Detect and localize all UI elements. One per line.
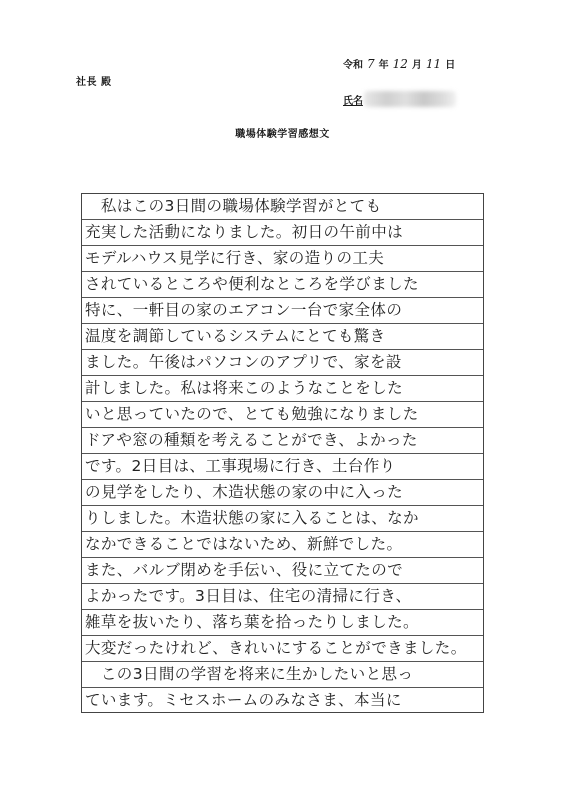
essay-line: また、バルブ閉めを手伝い、役に立てたので [82, 558, 483, 584]
essay-line: の見学をしたり、木造状態の家の中に入った [82, 480, 483, 506]
addressee: 社長 殿 [76, 73, 111, 88]
essay-box: 私はこの3日間の職場体験学習がとても 充実した活動になりました。初日の午前中は … [81, 193, 484, 713]
name-redacted [364, 91, 456, 107]
date-month: 12 [393, 57, 408, 71]
essay-line: いと思っていたので、とても勉強になりました [82, 402, 483, 428]
name-label: 氏名 [343, 92, 363, 107]
date-day-unit: 日 [445, 56, 455, 71]
essay-line: されているところや便利なところを学びました [82, 272, 483, 298]
essay-line: 私はこの3日間の職場体験学習がとても [82, 194, 483, 220]
essay-line: 充実した活動になりました。初日の午前中は [82, 220, 483, 246]
date-day: 11 [426, 57, 441, 71]
document-title: 職場体験学習感想文 [0, 125, 565, 140]
essay-line: ドアや窓の種類を考えることができ、よかった [82, 428, 483, 454]
date-year: 7 [367, 57, 375, 71]
essay-line: ました。午後はパソコンのアプリで、家を設 [82, 350, 483, 376]
essay-line: 温度を調節しているシステムにとても驚き [82, 324, 483, 350]
essay-line: この3日間の学習を将来に生かしたいと思っ [82, 662, 483, 688]
essay-line: 大変だったけれど、きれいにすることができました。 [82, 636, 483, 662]
essay-line: モデルハウス見学に行き、家の造りの工夫 [82, 246, 483, 272]
date-year-unit: 年 [379, 56, 389, 71]
date-line: 令和 7 年 12 月 11 日 [343, 56, 455, 71]
essay-line: なかできることではないため、新鮮でした。 [82, 532, 483, 558]
essay-line: よかったです。3日目は、住宅の清掃に行き、 [82, 584, 483, 610]
date-era: 令和 [343, 56, 363, 71]
essay-line: 特に、一軒目の家のエアコン一台で家全体の [82, 298, 483, 324]
essay-line: 計しました。私は将来このようなことをした [82, 376, 483, 402]
name-line: 氏名 [343, 91, 456, 107]
essay-line: りしました。木造状態の家に入ることは、なか [82, 506, 483, 532]
document-page: 社長 殿 令和 7 年 12 月 11 日 氏名 職場体験学習感想文 私はこの3… [0, 0, 565, 800]
date-month-unit: 月 [412, 56, 422, 71]
essay-line: です。2日目は、工事現場に行き、土台作り [82, 454, 483, 480]
essay-line: ています。ミセスホームのみなさま、本当に [82, 688, 483, 714]
essay-line: 雑草を抜いたり、落ち葉を拾ったりしました。 [82, 610, 483, 636]
